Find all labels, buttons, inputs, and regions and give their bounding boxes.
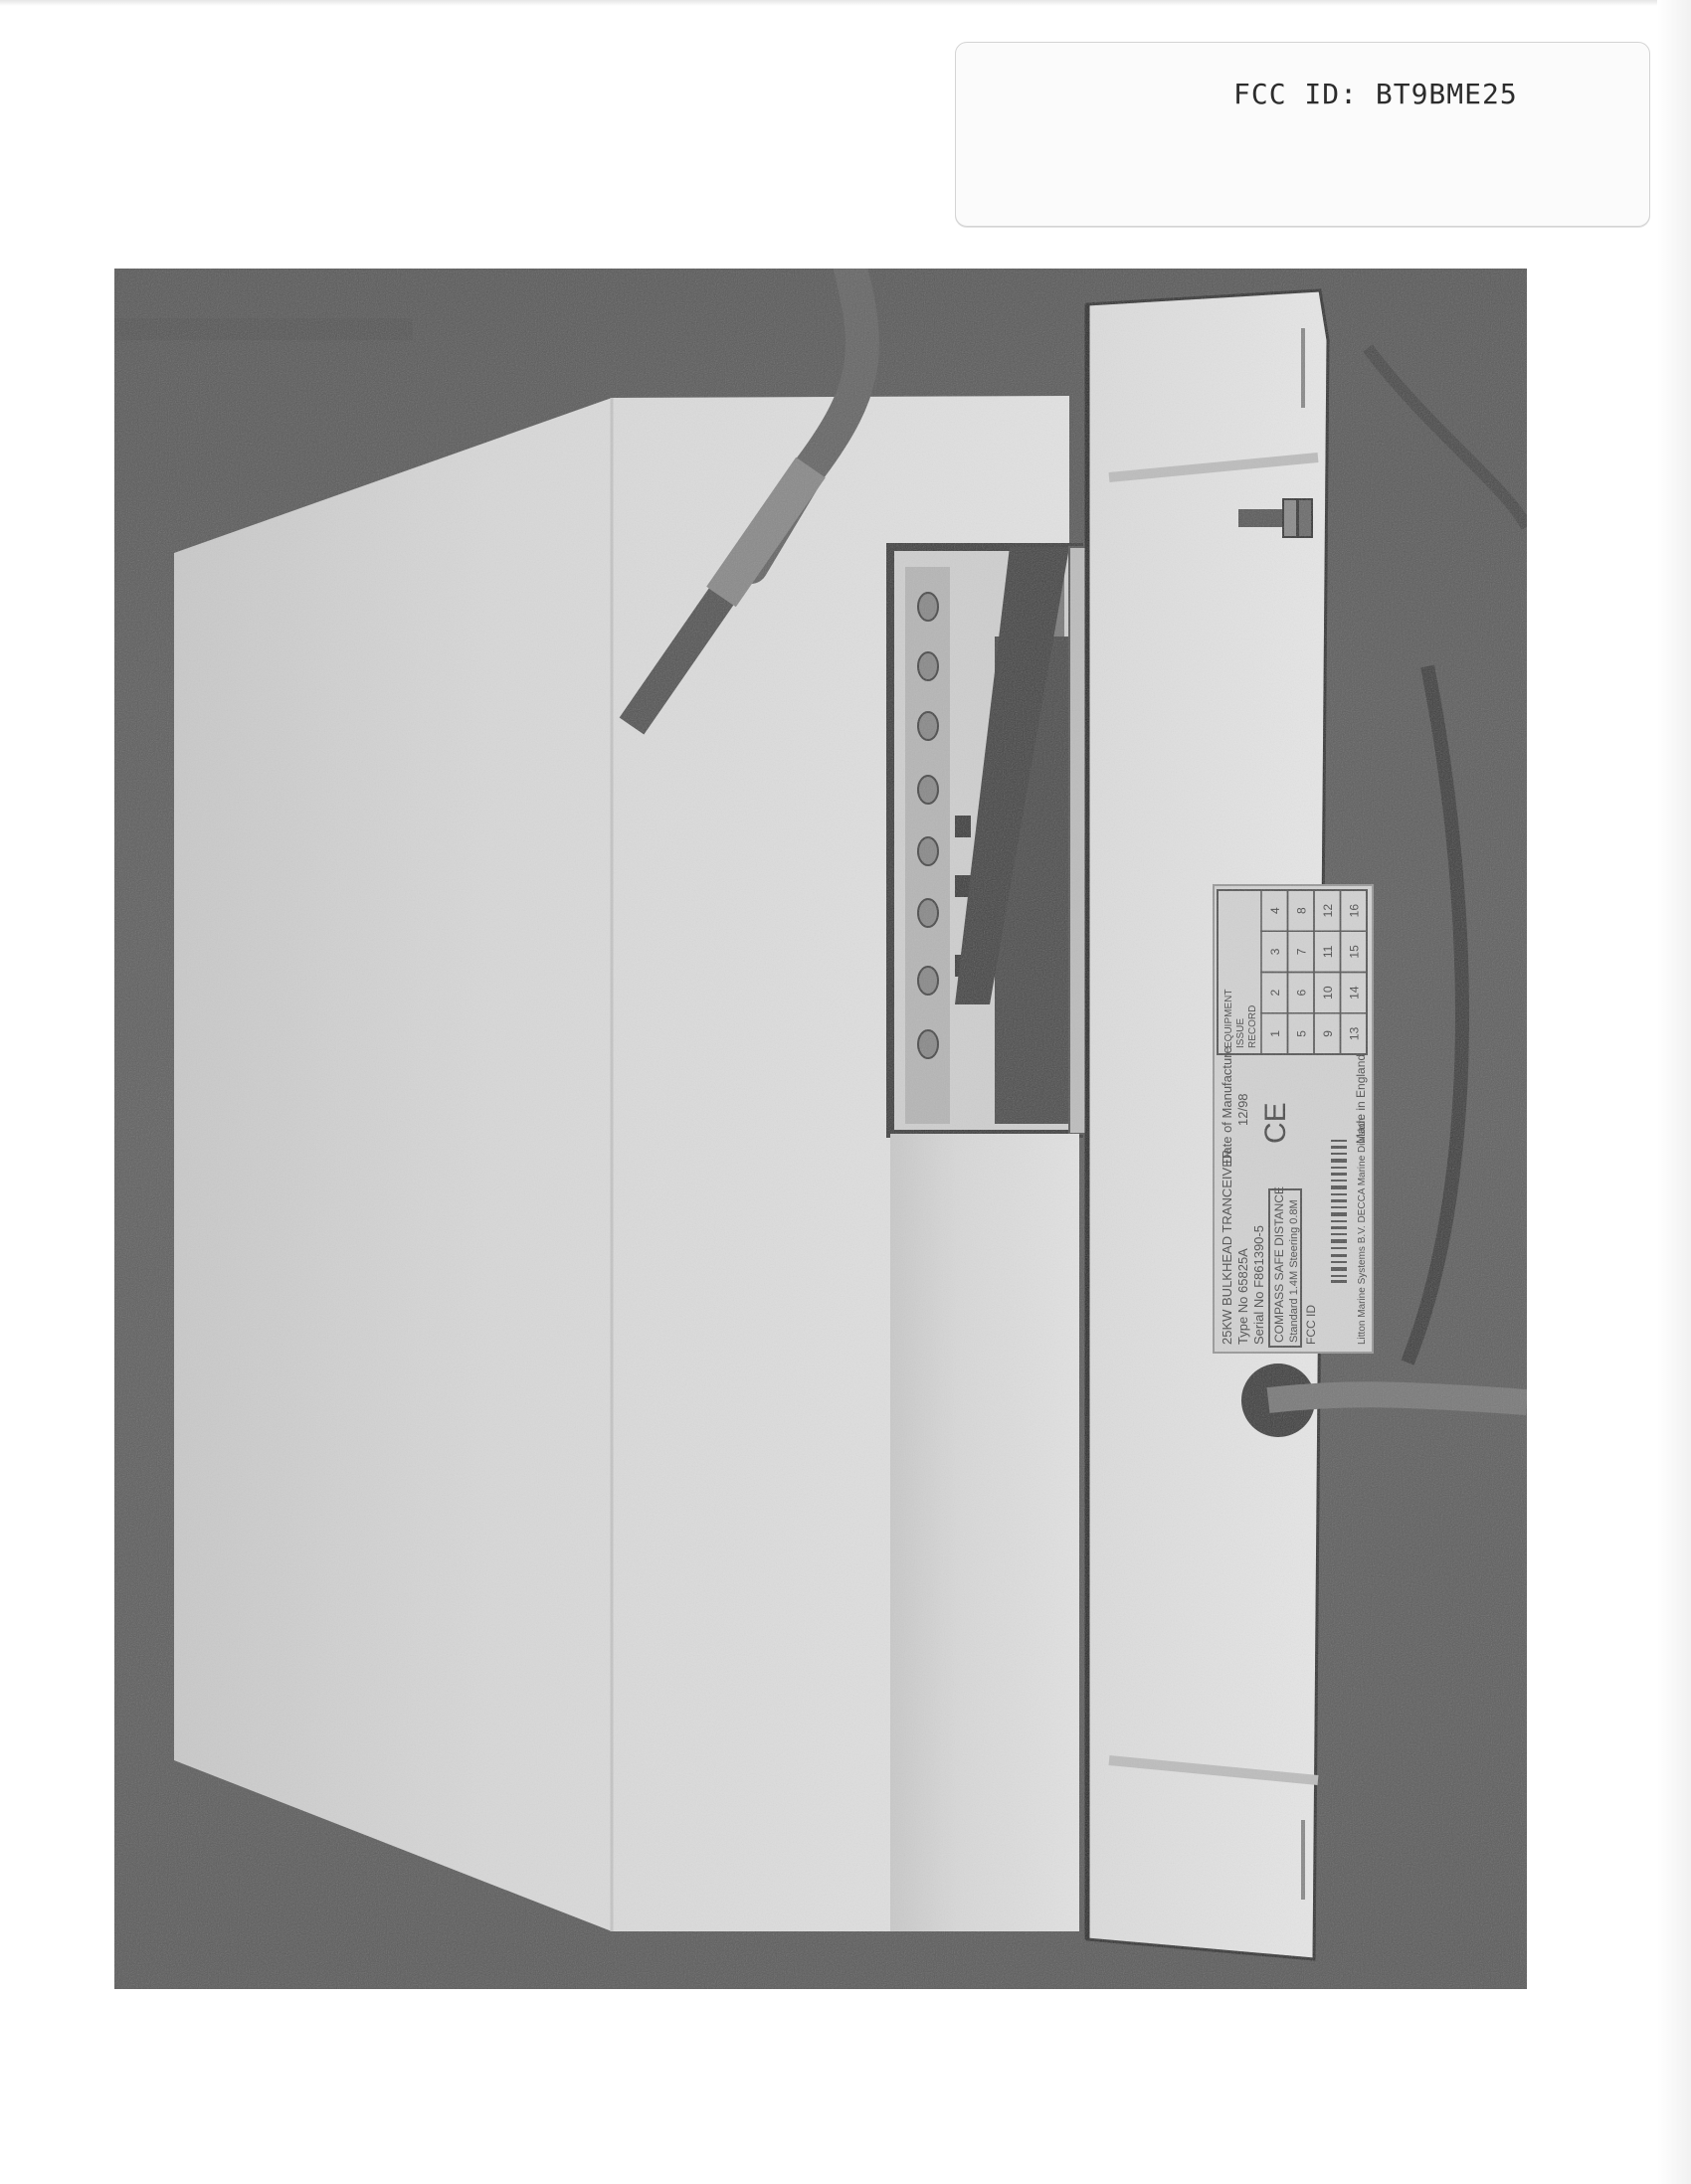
svg-text:1: 1	[1268, 1030, 1282, 1037]
product-photograph: 25KW BULKHEAD TRANCEIVER Type No 65825A …	[114, 269, 1527, 1989]
svg-text:10: 10	[1321, 986, 1335, 1000]
svg-text:RECORD: RECORD	[1247, 1005, 1258, 1048]
svg-text:3: 3	[1268, 948, 1282, 955]
svg-text:12/98: 12/98	[1235, 1093, 1250, 1126]
svg-text:Date of Manufacture: Date of Manufacture	[1220, 1046, 1234, 1164]
photo-canvas: 25KW BULKHEAD TRANCEIVER Type No 65825A …	[114, 269, 1527, 1989]
svg-text:25KW BULKHEAD TRANCEIVER: 25KW BULKHEAD TRANCEIVER	[1220, 1150, 1234, 1345]
scan-right-edge	[1657, 0, 1691, 2184]
svg-text:CE: CE	[1259, 1102, 1292, 1144]
svg-text:8: 8	[1295, 907, 1309, 914]
svg-text:Made in England: Made in England	[1354, 1054, 1368, 1144]
svg-text:Standard 1.4M Steering 0.8M: Standard 1.4M Steering 0.8M	[1288, 1199, 1300, 1343]
fcc-id-text: FCC ID: BT9BME25	[1233, 78, 1518, 110]
svg-text:7: 7	[1295, 948, 1309, 955]
svg-text:Litton Marine Systems B.V. DEC: Litton Marine Systems B.V. DECCA Marine …	[1357, 1118, 1368, 1345]
svg-text:Type No 65825A: Type No 65825A	[1235, 1248, 1250, 1345]
svg-text:13: 13	[1348, 1026, 1362, 1040]
scan-top-edge	[0, 0, 1691, 6]
power-cable	[1268, 1394, 1527, 1402]
svg-text:12: 12	[1321, 904, 1335, 918]
svg-text:Serial No F861390-5: Serial No F861390-5	[1251, 1225, 1266, 1345]
fcc-id-label-box	[955, 42, 1650, 227]
svg-text:16: 16	[1348, 904, 1362, 918]
svg-text:4: 4	[1268, 907, 1282, 914]
svg-text:EQUIPMENT: EQUIPMENT	[1223, 990, 1234, 1048]
svg-text:15: 15	[1348, 945, 1362, 959]
svg-text:2: 2	[1268, 989, 1282, 996]
rating-label: 25KW BULKHEAD TRANCEIVER Type No 65825A …	[1214, 885, 1373, 1353]
svg-text:9: 9	[1321, 1030, 1335, 1037]
svg-text:ISSUE: ISSUE	[1235, 1018, 1246, 1048]
svg-text:FCC ID: FCC ID	[1304, 1305, 1318, 1345]
svg-text:11: 11	[1321, 945, 1335, 958]
svg-text:COMPASS SAFE DISTANCE: COMPASS SAFE DISTANCE	[1272, 1186, 1286, 1343]
svg-text:5: 5	[1295, 1030, 1309, 1037]
svg-text:14: 14	[1348, 986, 1362, 1000]
svg-text:6: 6	[1295, 989, 1309, 996]
